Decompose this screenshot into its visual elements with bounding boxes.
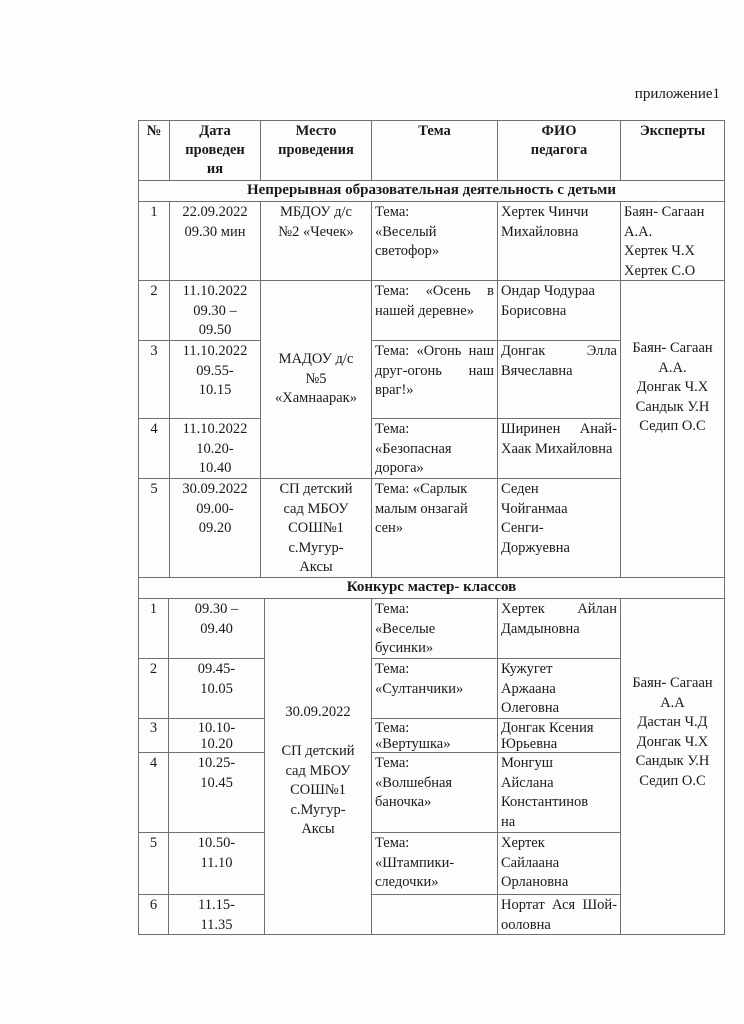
s1-merged-place-text: МАДОУ д/с №5 «Хамнаарак»: [264, 350, 368, 409]
s2-row3-topic: Тема: «Вертушка»: [371, 718, 498, 753]
s1-row1-experts: Баян- Сагаан А.А. Хертек Ч.Х Хертек С.О: [620, 201, 725, 281]
s1-merged-experts: Баян- Сагаан А.А. Донгак Ч.Х Сандык У.Н …: [620, 280, 725, 578]
s1-row4-date: 11.10.2022 10.20- 10.40: [169, 418, 261, 479]
s1-row1-num: 1: [138, 201, 170, 281]
s1-row5-place: СП детский сад МБОУ СОШ№1 с.Мугур- Аксы: [260, 478, 372, 578]
header-date: Дата проведен ия: [169, 120, 261, 181]
s2-row3-teacher: Донгак Ксения Юрьевна: [497, 718, 621, 753]
s2-row5-date: 10.50- 11.10: [168, 832, 265, 895]
s1-row2-topic: Тема: «Осень в нашей деревне»: [371, 280, 498, 341]
s1-row2-date: 11.10.2022 09.30 – 09.50: [169, 280, 261, 341]
s2-row5-topic: Тема: «Штампики- следочки»: [371, 832, 498, 895]
header-teacher: ФИО педагога: [497, 120, 621, 181]
s2-row1-num: 1: [138, 598, 169, 659]
s2-row6-date: 11.15- 11.35: [168, 894, 265, 935]
s2-row4-teacher: Монгуш Айслана Константинов на: [497, 752, 621, 833]
s2-row3-num: 3: [138, 718, 169, 753]
s1-row3-date: 11.10.2022 09.55- 10.15: [169, 340, 261, 419]
s2-row5-num: 5: [138, 832, 169, 895]
s1-row4-topic: Тема: «Безопасная дорога»: [371, 418, 498, 479]
s1-row5-teacher: Седен Чойганмаа Сенги- Доржуевна: [497, 478, 621, 578]
s1-row1-place: МБДОУ д/с №2 «Чечек»: [260, 201, 372, 281]
header-experts: Эксперты: [620, 120, 725, 181]
s2-row6-num: 6: [138, 894, 169, 935]
s2-row5-teacher: Хертек Сайлаана Орлановна: [497, 832, 621, 895]
s2-row1-date: 09.30 – 09.40: [168, 598, 265, 659]
s2-merged-place: 30.09.2022 СП детский сад МБОУ СОШ№1 с.М…: [264, 598, 372, 935]
s1-row5-date: 30.09.2022 09.00- 09.20: [169, 478, 261, 578]
s1-row2-teacher: Ондар Чодураа Борисовна: [497, 280, 621, 341]
s2-row2-teacher: Кужугет Аржаана Олеговна: [497, 658, 621, 719]
s2-merged-experts: Баян- Сагаан А.А Дастан Ч.Д Донгак Ч.Х С…: [620, 598, 725, 935]
s2-row6-teacher: Нортат Ася Шой-ооловна: [497, 894, 621, 935]
s2-row4-date: 10.25- 10.45: [168, 752, 265, 833]
s1-row2-num: 2: [138, 280, 170, 341]
section-title-master-classes: Конкурс мастер- классов: [138, 577, 725, 599]
s1-row3-teacher: Донгак Элла Вячеславна: [497, 340, 621, 419]
header-place: Место проведения: [260, 120, 372, 181]
s1-row1-topic: Тема: «Веселый светофор»: [371, 201, 498, 281]
section-title-continuous-activity: Непрерывная образовательная деятельность…: [138, 180, 725, 202]
s1-row4-num: 4: [138, 418, 170, 479]
s1-row3-num: 3: [138, 340, 170, 419]
s1-merged-place: МАДОУ д/с №5 «Хамнаарак»: [260, 280, 372, 479]
s1-row1-date: 22.09.2022 09.30 мин: [169, 201, 261, 281]
s2-row2-topic: Тема: «Султанчики»: [371, 658, 498, 719]
s2-row3-date: 10.10- 10.20: [168, 718, 265, 753]
s2-row6-topic: [371, 894, 498, 935]
s2-row1-topic: Тема: «Веселые бусинки»: [371, 598, 498, 659]
s1-row5-topic: Тема: «Сарлык малым онзагай сен»: [371, 478, 498, 578]
s1-row5-num: 5: [138, 478, 170, 578]
s2-row4-topic: Тема: «Волшебная баночка»: [371, 752, 498, 833]
s1-row4-teacher: Ширинен Анай- Хаак Михайловна: [497, 418, 621, 479]
s2-row1-teacher: Хертек Айлан Дамдыновна: [497, 598, 621, 659]
s2-row2-num: 2: [138, 658, 169, 719]
s2-row4-num: 4: [138, 752, 169, 833]
appendix-label: приложение1: [635, 86, 720, 103]
s2-row2-date: 09.45- 10.05: [168, 658, 265, 719]
header-topic: Тема: [371, 120, 498, 181]
header-num: №: [138, 120, 170, 181]
s1-row1-teacher: Хертек Чинчи Михайловна: [497, 201, 621, 281]
s1-row3-topic: Тема: «Огонь наш друг-огонь наш враг!»: [371, 340, 498, 419]
